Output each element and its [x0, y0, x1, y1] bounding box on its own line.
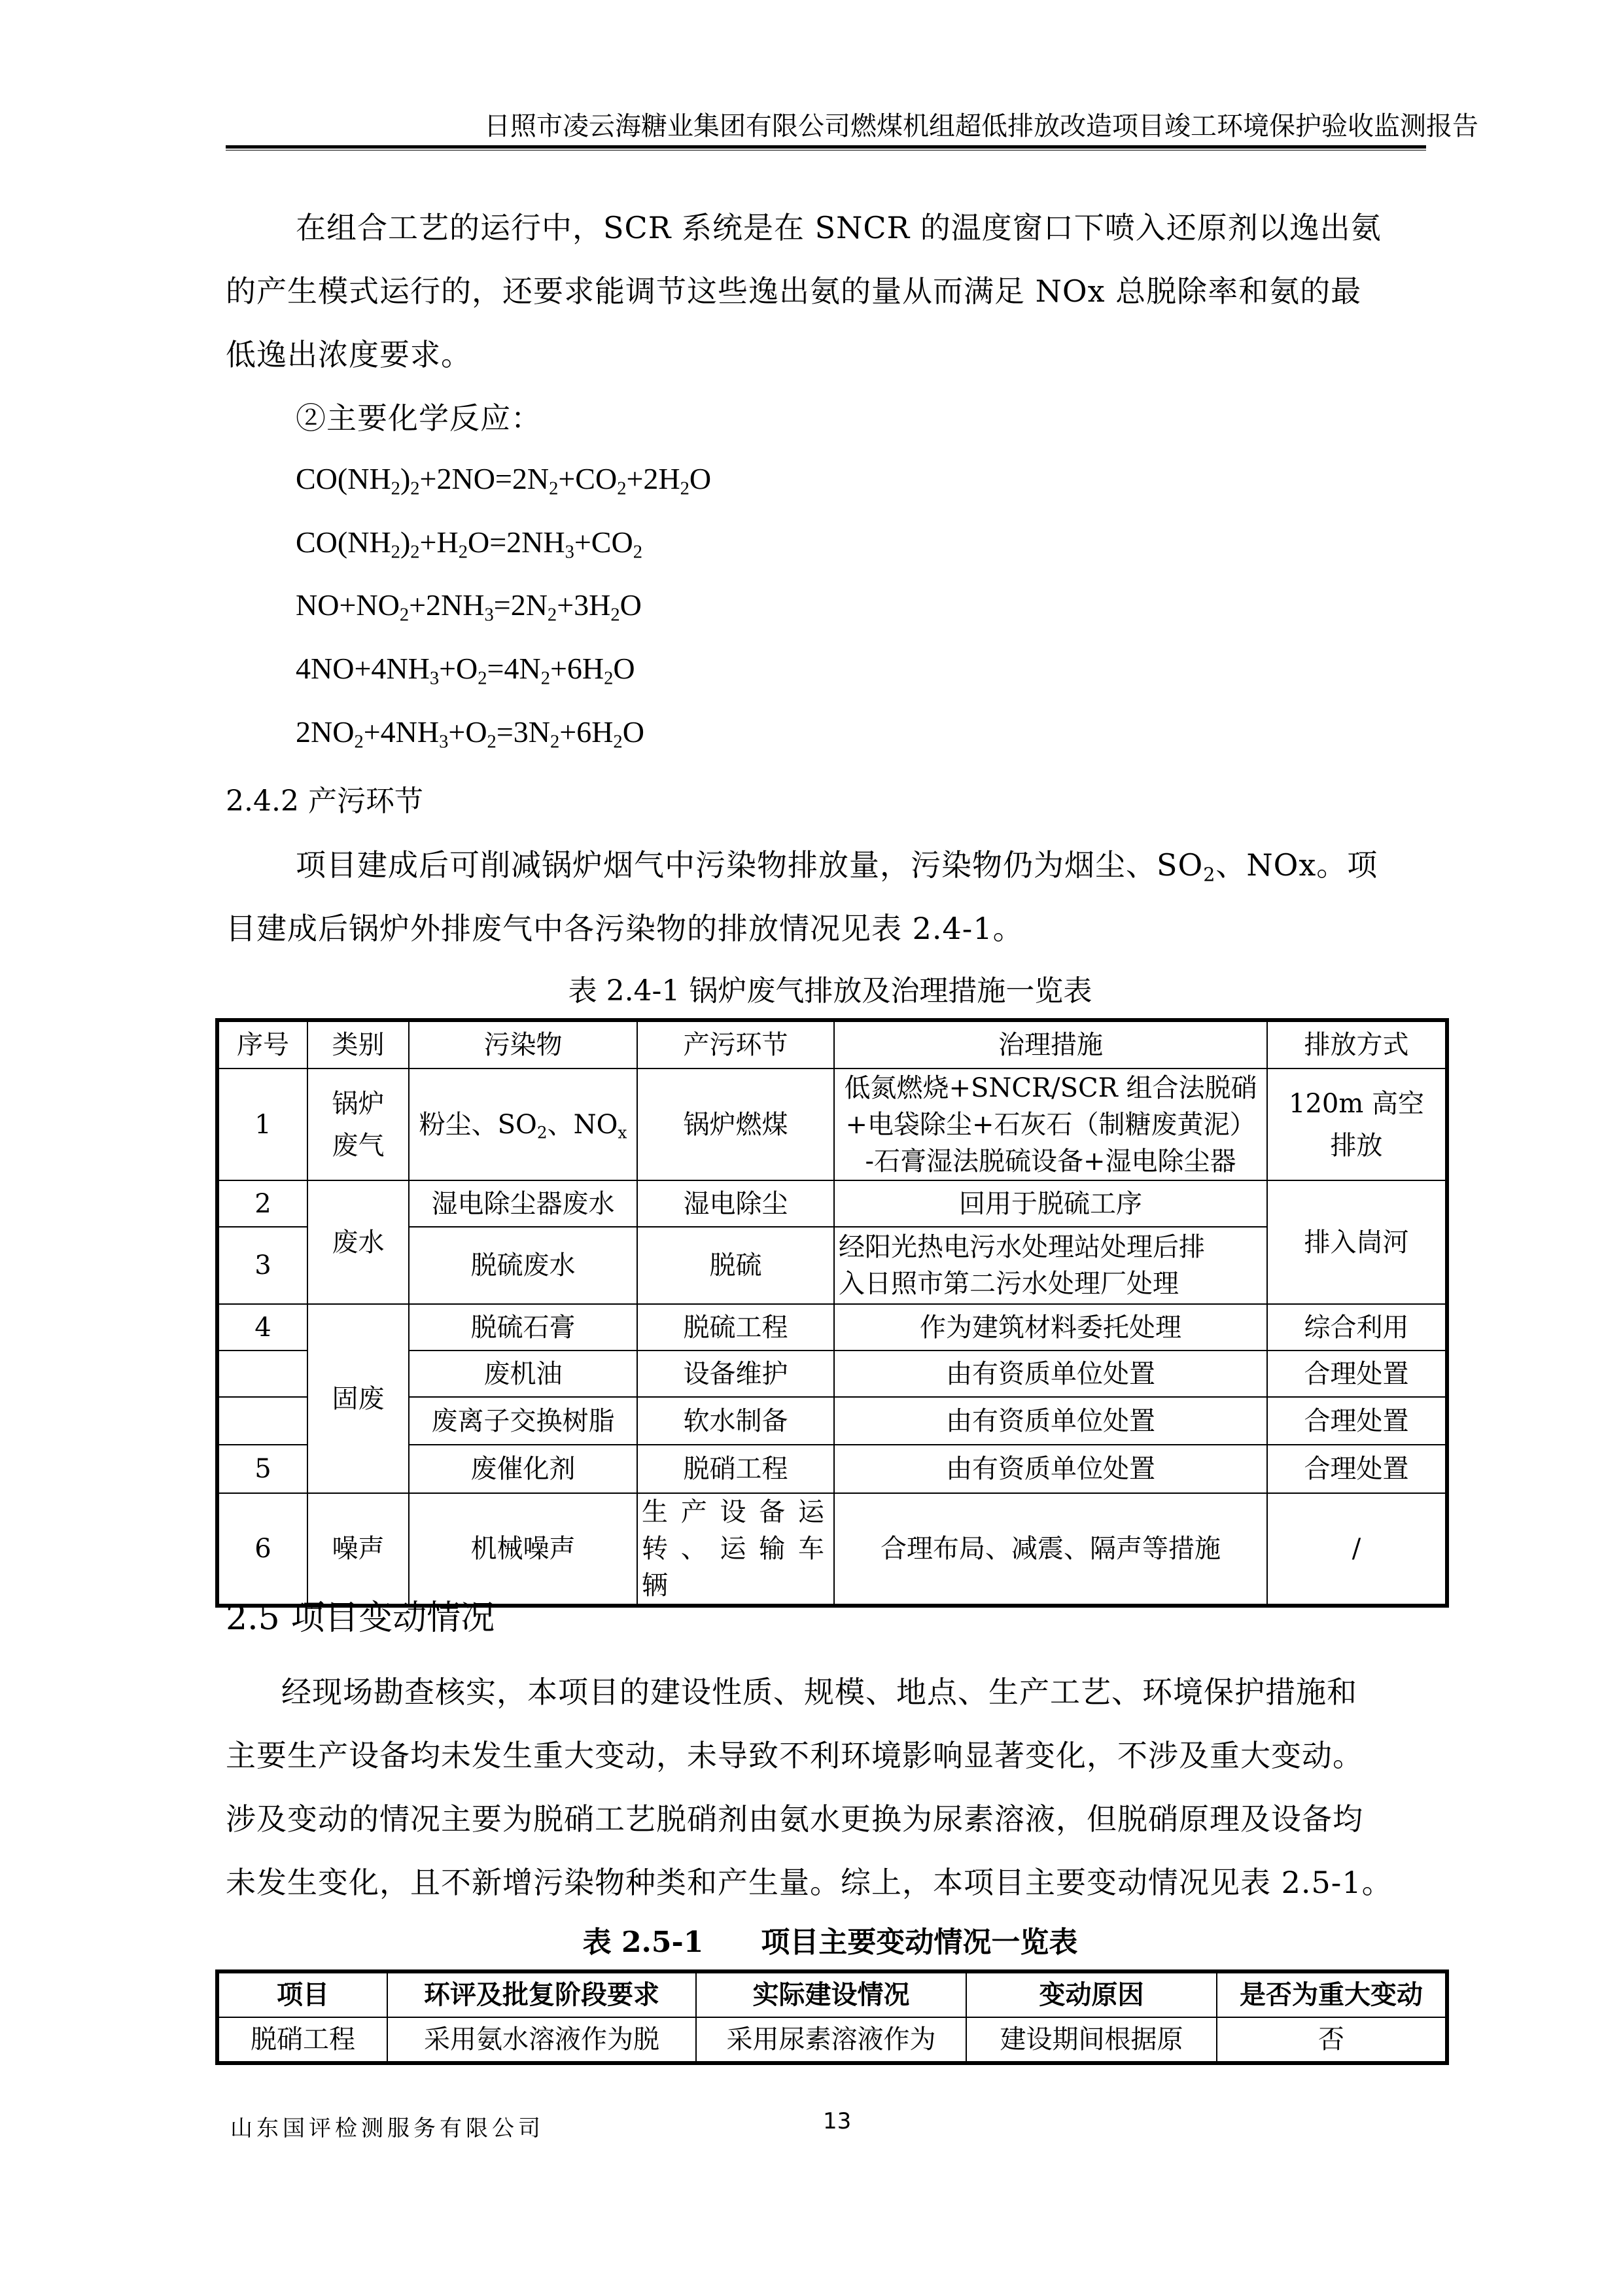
- cell-measure: 低氮燃烧+SNCR/SCR 组合法脱硝 +电袋除尘+石灰石（制糖废黄泥） -石膏…: [834, 1069, 1267, 1180]
- cell-category: 废水: [307, 1180, 409, 1304]
- intro-line-2: 的产生模式运行的，还要求能调节这些逸出氨的量从而满足 NOx 总脱除率和氨的最: [226, 260, 1361, 323]
- cell-no: [217, 1397, 307, 1445]
- cell-source: 脱硫工程: [637, 1304, 834, 1351]
- cell-no: 6: [217, 1493, 307, 1606]
- cell-discharge: 综合利用: [1267, 1304, 1447, 1351]
- cell-source: 生产设备运转、运输车辆: [637, 1493, 834, 1606]
- equation-5: 2NO2+4NH3+O2=3N2+6H2O: [296, 715, 644, 749]
- cell-category-text: 锅炉废气: [332, 1089, 385, 1161]
- col-header-eia-requirement: 环评及批复阶段要求: [387, 1971, 696, 2017]
- col-header-source: 产污环节: [637, 1020, 834, 1069]
- section-25-line-1: 经现场勘查核实，本项目的建设性质、规模、地点、生产工艺、环境保护措施和: [281, 1661, 1357, 1724]
- cell-category: 固废: [307, 1304, 409, 1493]
- cell-source: 湿电除尘: [637, 1180, 834, 1227]
- cell-pollutant: 废机油: [409, 1351, 637, 1397]
- cell-no: [217, 1351, 307, 1397]
- intro-line-3: 低逸出浓度要求。: [226, 323, 472, 387]
- cell-category: 噪声: [307, 1493, 409, 1606]
- table-241-header-row: 序号 类别 污染物 产污环节 治理措施 排放方式: [217, 1020, 1447, 1069]
- cell-measure: 由有资质单位处置: [834, 1445, 1267, 1493]
- col-header-major-change: 是否为重大变动: [1217, 1971, 1447, 2017]
- cell-discharge: 合理处置: [1267, 1397, 1447, 1445]
- cell-discharge: 合理处置: [1267, 1445, 1447, 1493]
- cell-pollutant: 机械噪声: [409, 1493, 637, 1606]
- cell-pollutant: 粉尘、SO2、NOx: [409, 1069, 637, 1180]
- equation-2: CO(NH2)2+H2O=2NH3+CO2: [296, 525, 642, 559]
- section-242-line-1: 项目建成后可削减锅炉烟气中污染物排放量，污染物仍为烟尘、SO2、NOx。项: [296, 834, 1378, 897]
- intro-line-1: 在组合工艺的运行中，SCR 系统是在 SNCR 的温度窗口下喷入还原剂以逸出氨: [296, 196, 1382, 260]
- section-heading-2-4-2: 2.4.2 产污环节: [226, 777, 423, 819]
- section-25-line-3: 涉及变动的情况主要为脱硝工艺脱硝剂由氨水更换为尿素溶液，但脱硝原理及设备均: [226, 1788, 1363, 1851]
- cell-no: 5: [217, 1445, 307, 1493]
- cell-source: 设备维护: [637, 1351, 834, 1397]
- equation-3: NO+NO2+2NH3=2N2+3H2O: [296, 588, 642, 622]
- cell-discharge: 合理处置: [1267, 1351, 1447, 1397]
- equation-1: CO(NH2)2+2NO=2N2+CO2+2H2O: [296, 461, 711, 496]
- table-row: 4 固废 脱硫石膏 脱硫工程 作为建筑材料委托处理 综合利用: [217, 1304, 1447, 1351]
- table-row: 1 锅炉废气 粉尘、SO2、NOx 锅炉燃煤 低氮燃烧+SNCR/SCR 组合法…: [217, 1069, 1447, 1180]
- cell-pollutant: 湿电除尘器废水: [409, 1180, 637, 1227]
- cell-discharge: 排入峝河: [1267, 1180, 1447, 1304]
- report-header-title: 日照市凌云海糖业集团有限公司燃煤机组超低排放改造项目竣工环境保护验收监测报告: [484, 110, 1426, 143]
- cell-discharge: 120m 高空 排放: [1267, 1069, 1447, 1180]
- cell-source: 脱硫: [637, 1227, 834, 1304]
- col-header-pollutant: 污染物: [409, 1020, 637, 1069]
- cell-measure: 由有资质单位处置: [834, 1397, 1267, 1445]
- col-header-item: 项目: [217, 1971, 387, 2017]
- table-251-header-row: 项目 环评及批复阶段要求 实际建设情况 变动原因 是否为重大变动: [217, 1971, 1447, 2017]
- section-25-line-4: 未发生变化，且不新增污染物种类和产生量。综上，本项目主要变动情况见表 2.5-1…: [226, 1851, 1393, 1915]
- table-241-caption: 表 2.4-1 锅炉废气排放及治理措施一览表: [216, 967, 1444, 1009]
- cell-eia-requirement: 采用氨水溶液作为脱: [387, 2017, 696, 2063]
- cell-no: 2: [217, 1180, 307, 1227]
- cell-category: 锅炉废气: [307, 1069, 409, 1180]
- col-header-discharge: 排放方式: [1267, 1020, 1447, 1069]
- cell-no: 1: [217, 1069, 307, 1180]
- cell-pollutant: 脱硫废水: [409, 1227, 637, 1304]
- table-row: 脱硝工程 采用氨水溶液作为脱 采用尿素溶液作为 建设期间根据原 否: [217, 2017, 1447, 2063]
- table-row: 6 噪声 机械噪声 生产设备运转、运输车辆 合理布局、减震、隔声等措施 /: [217, 1493, 1447, 1606]
- cell-no: 3: [217, 1227, 307, 1304]
- cell-no: 4: [217, 1304, 307, 1351]
- cell-source: 脱硝工程: [637, 1445, 834, 1493]
- section-25-line-2: 主要生产设备均未发生重大变动，未导致不利环境影响显著变化，不涉及重大变动。: [226, 1724, 1363, 1788]
- footer-company: 山东国评检测服务有限公司: [230, 2110, 544, 2142]
- reaction-heading: ②主要化学反应：: [296, 387, 542, 450]
- cell-source: 软水制备: [637, 1397, 834, 1445]
- cell-pollutant: 废催化剂: [409, 1445, 637, 1493]
- cell-source: 锅炉燃煤: [637, 1069, 834, 1180]
- cell-pollutant: 脱硫石膏: [409, 1304, 637, 1351]
- header-rule: [226, 145, 1426, 149]
- equation-4: 4NO+4NH3+O2=4N2+6H2O: [296, 651, 635, 686]
- col-header-actual-construction: 实际建设情况: [696, 1971, 966, 2017]
- page-number: 13: [823, 2108, 851, 2134]
- cell-measure: 回用于脱硫工序: [834, 1180, 1267, 1227]
- table-251-caption: 表 2.5-1 项目主要变动情况一览表: [216, 1918, 1444, 1960]
- header-rule-thin: [226, 150, 1426, 150]
- cell-measure: 作为建筑材料委托处理: [834, 1304, 1267, 1351]
- table-251: 项目 环评及批复阶段要求 实际建设情况 变动原因 是否为重大变动 脱硝工程 采用…: [215, 1969, 1449, 2065]
- table-241: 序号 类别 污染物 产污环节 治理措施 排放方式 1 锅炉废气 粉尘、SO2、N…: [215, 1018, 1449, 1608]
- col-header-change-reason: 变动原因: [966, 1971, 1217, 2017]
- cell-measure: 经阳光热电污水处理站处理后排 入日照市第二污水处理厂处理: [834, 1227, 1267, 1304]
- section-heading-2-5: 2.5 项目变动情况: [226, 1590, 495, 1639]
- cell-item: 脱硝工程: [217, 2017, 387, 2063]
- col-header-measure: 治理措施: [834, 1020, 1267, 1069]
- cell-change-reason: 建设期间根据原: [966, 2017, 1217, 2063]
- col-header-category: 类别: [307, 1020, 409, 1069]
- section-242-line-2: 目建成后锅炉外排废气中各污染物的排放情况见表 2.4-1。: [226, 897, 1024, 961]
- cell-actual-construction: 采用尿素溶液作为: [696, 2017, 966, 2063]
- cell-pollutant: 废离子交换树脂: [409, 1397, 637, 1445]
- table-row: 2 废水 湿电除尘器废水 湿电除尘 回用于脱硫工序 排入峝河: [217, 1180, 1447, 1227]
- cell-measure: 合理布局、减震、隔声等措施: [834, 1493, 1267, 1606]
- cell-measure: 由有资质单位处置: [834, 1351, 1267, 1397]
- cell-discharge: /: [1267, 1493, 1447, 1606]
- col-header-no: 序号: [217, 1020, 307, 1069]
- cell-major-change: 否: [1217, 2017, 1447, 2063]
